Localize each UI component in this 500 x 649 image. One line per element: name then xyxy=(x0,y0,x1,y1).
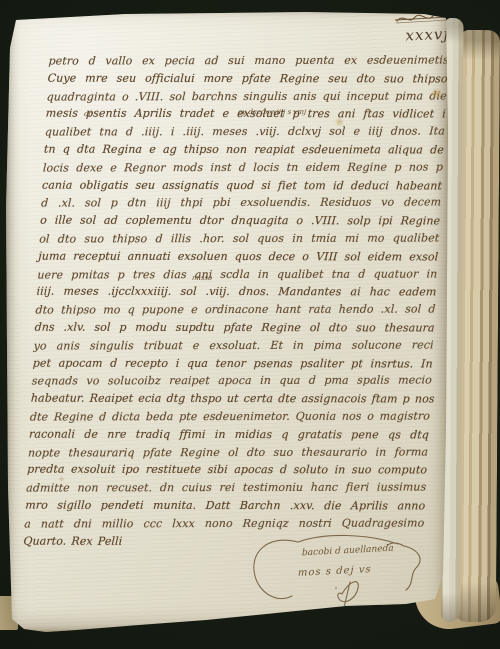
manuscript-line: dto thipso mo q pupone e ordinacone hant… xyxy=(35,301,436,320)
folio-number: xxxvj xyxy=(389,25,450,45)
manuscript-line: locis dexe e Regnor mods inst d locis tn… xyxy=(43,158,444,177)
manuscript-line: o ille sol ad coplementu dtor dnquagita … xyxy=(40,212,441,231)
manuscript-line: qualibet tna d .iiij. i .iiij. meses .vi… xyxy=(44,123,445,142)
stain-mark xyxy=(58,476,65,482)
manuscript-line: uere pmitas p tres dias ani scdla in qua… xyxy=(37,265,438,284)
archivist-note: bacobi d auellaneda mos s dej vs xyxy=(246,530,436,625)
manuscript-line: habeatur. Reaipet ecia dtg thspo ut cert… xyxy=(30,390,431,409)
manuscript-line: quadraginta o .VIII. sol barchns singuli… xyxy=(46,87,447,106)
manuscript-line: cania obligatis seu assignatis quod si f… xyxy=(42,176,443,195)
manuscript-photo: xxxvj petro d vallo ex pecia ad sui mano… xyxy=(0,0,500,649)
manuscript-line: tn q dta Regina e ag thipso non reapiat … xyxy=(43,141,444,160)
manuscript-line: iiij. meses .ijcclxxxiiij. sol .viij. dn… xyxy=(36,283,437,302)
manuscript-line: dns .xlv. sol p modu supdtu pfate Regine… xyxy=(34,319,435,338)
manuscript-line: dte Regine d dicta beda pte esdeuenimeto… xyxy=(29,407,430,426)
manuscript-line: juma receptui annuati exsoluen quos dece… xyxy=(38,247,439,266)
stain-mark xyxy=(334,118,345,126)
manuscript-line: mro sigillo pendeti munita. Datt Barchn … xyxy=(25,497,426,516)
manuscript-line: ol dto suo thipso d illis .hor. sol quos… xyxy=(39,229,440,248)
manuscript-line: admitte non recuset. dn cuius rei testim… xyxy=(26,479,427,498)
manuscript-line: petro d vallo ex pecia ad sui mano puent… xyxy=(48,51,449,70)
manuscript-line: seqnads vo solucoibz reaipet apoca in qu… xyxy=(31,372,432,391)
manuscript-line: predta exsoluit ipo restituete sibi apoc… xyxy=(27,461,428,480)
manuscript-text: petro d vallo ex pecia ad sui mano puent… xyxy=(23,52,449,550)
stain-mark xyxy=(430,88,443,99)
flourish-marks-icon xyxy=(246,530,436,625)
manuscript-line: Cuye mre seu officialui more pfate Regin… xyxy=(47,69,448,88)
manuscript-line: pet apocam d recepto i qua tenor psenas … xyxy=(32,354,433,373)
interlinear-note: misso xyxy=(192,274,213,282)
interlinear-note: or xyxy=(84,110,92,118)
interlinear-note: oy dcccxxxiiij s xmj xyxy=(238,108,307,116)
book-page: xxxvj petro d vallo ex pecia ad sui mano… xyxy=(6,8,448,634)
manuscript-line: d .xl. sol p dtn iiij thpi pbi exsoluend… xyxy=(41,194,442,213)
manuscript-line: raconali de nre tradiq ffimi in midias q… xyxy=(29,425,430,444)
manuscript-line: nopte thesaurariq pfate Regine ol dto su… xyxy=(28,443,429,462)
manuscript-line: yo anis singulis tribuat e exsoluat. Et … xyxy=(33,336,434,355)
